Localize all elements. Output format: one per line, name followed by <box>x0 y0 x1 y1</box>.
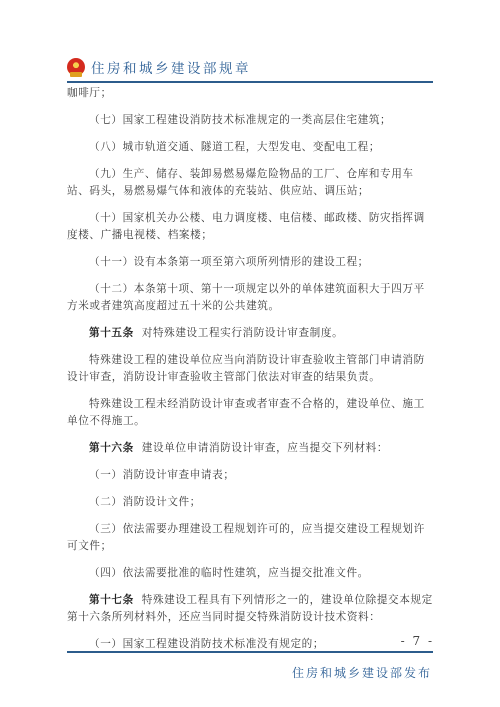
paragraph: 特殊建设工程的建设单位应当向消防设计审查验收主管部门申请消防设计审查，消防设计审… <box>67 352 433 386</box>
article-label: 第十七条 <box>89 594 134 606</box>
document-body: 咖啡厅； （七）国家工程建设消防技术标准规定的一类高层住宅建筑； （八）城市轨道… <box>67 85 433 653</box>
continuation-text: 咖啡厅； <box>67 85 433 102</box>
list-item: （十一）设有本条第一项至第六项所列情形的建设工程； <box>67 254 433 271</box>
list-item: （四）依法需要批准的临时性建筑，应当提交批准文件。 <box>67 565 433 582</box>
footer-divider <box>67 651 433 653</box>
list-item: （三）依法需要办理建设工程规划许可的，应当提交建设工程规划许可文件； <box>67 521 433 555</box>
article-17: 第十七条特殊建设工程具有下列情形之一的，建设单位除提交本规定第十六条所列材料外，… <box>67 592 433 626</box>
header-title: 住房和城乡建设部规章 <box>91 57 251 77</box>
list-item: （八）城市轨道交通、隧道工程，大型发电、变配电工程； <box>67 139 433 156</box>
article-label: 第十五条 <box>89 327 134 339</box>
list-item: （九）生产、储存、装卸易燃易爆危险物品的工厂、仓库和专用车站、码头，易燃易爆气体… <box>67 166 433 200</box>
list-item: （十二）本条第十项、第十一项规定以外的单体建筑面积大于四万平方米或者建筑高度超过… <box>67 281 433 315</box>
article-text: 对特殊建设工程实行消防设计审查制度。 <box>142 327 344 339</box>
article-text: 建设单位申请消防设计审查，应当提交下列材料： <box>142 442 388 454</box>
list-item: （二）消防设计文件； <box>67 494 433 511</box>
article-label: 第十六条 <box>89 442 134 454</box>
article-16: 第十六条建设单位申请消防设计审查，应当提交下列材料： <box>67 440 433 457</box>
page-header: 住房和城乡建设部规章 <box>67 55 251 79</box>
article-15: 第十五条对特殊建设工程实行消防设计审查制度。 <box>67 325 433 342</box>
list-item: （七）国家工程建设消防技术标准规定的一类高层住宅建筑； <box>67 112 433 129</box>
list-item: （十）国家机关办公楼、电力调度楼、电信楼、邮政楼、防灾指挥调度楼、广播电视楼、档… <box>67 210 433 244</box>
national-emblem-icon <box>67 58 85 76</box>
list-item: （一）消防设计审查申请表； <box>67 467 433 484</box>
header-divider <box>67 81 433 83</box>
footer-publisher: 住房和城乡建设部发布 <box>292 664 432 681</box>
page-number: - 7 - <box>401 634 434 648</box>
paragraph: 特殊建设工程未经消防设计审查或者审查不合格的，建设单位、施工单位不得施工。 <box>67 396 433 430</box>
